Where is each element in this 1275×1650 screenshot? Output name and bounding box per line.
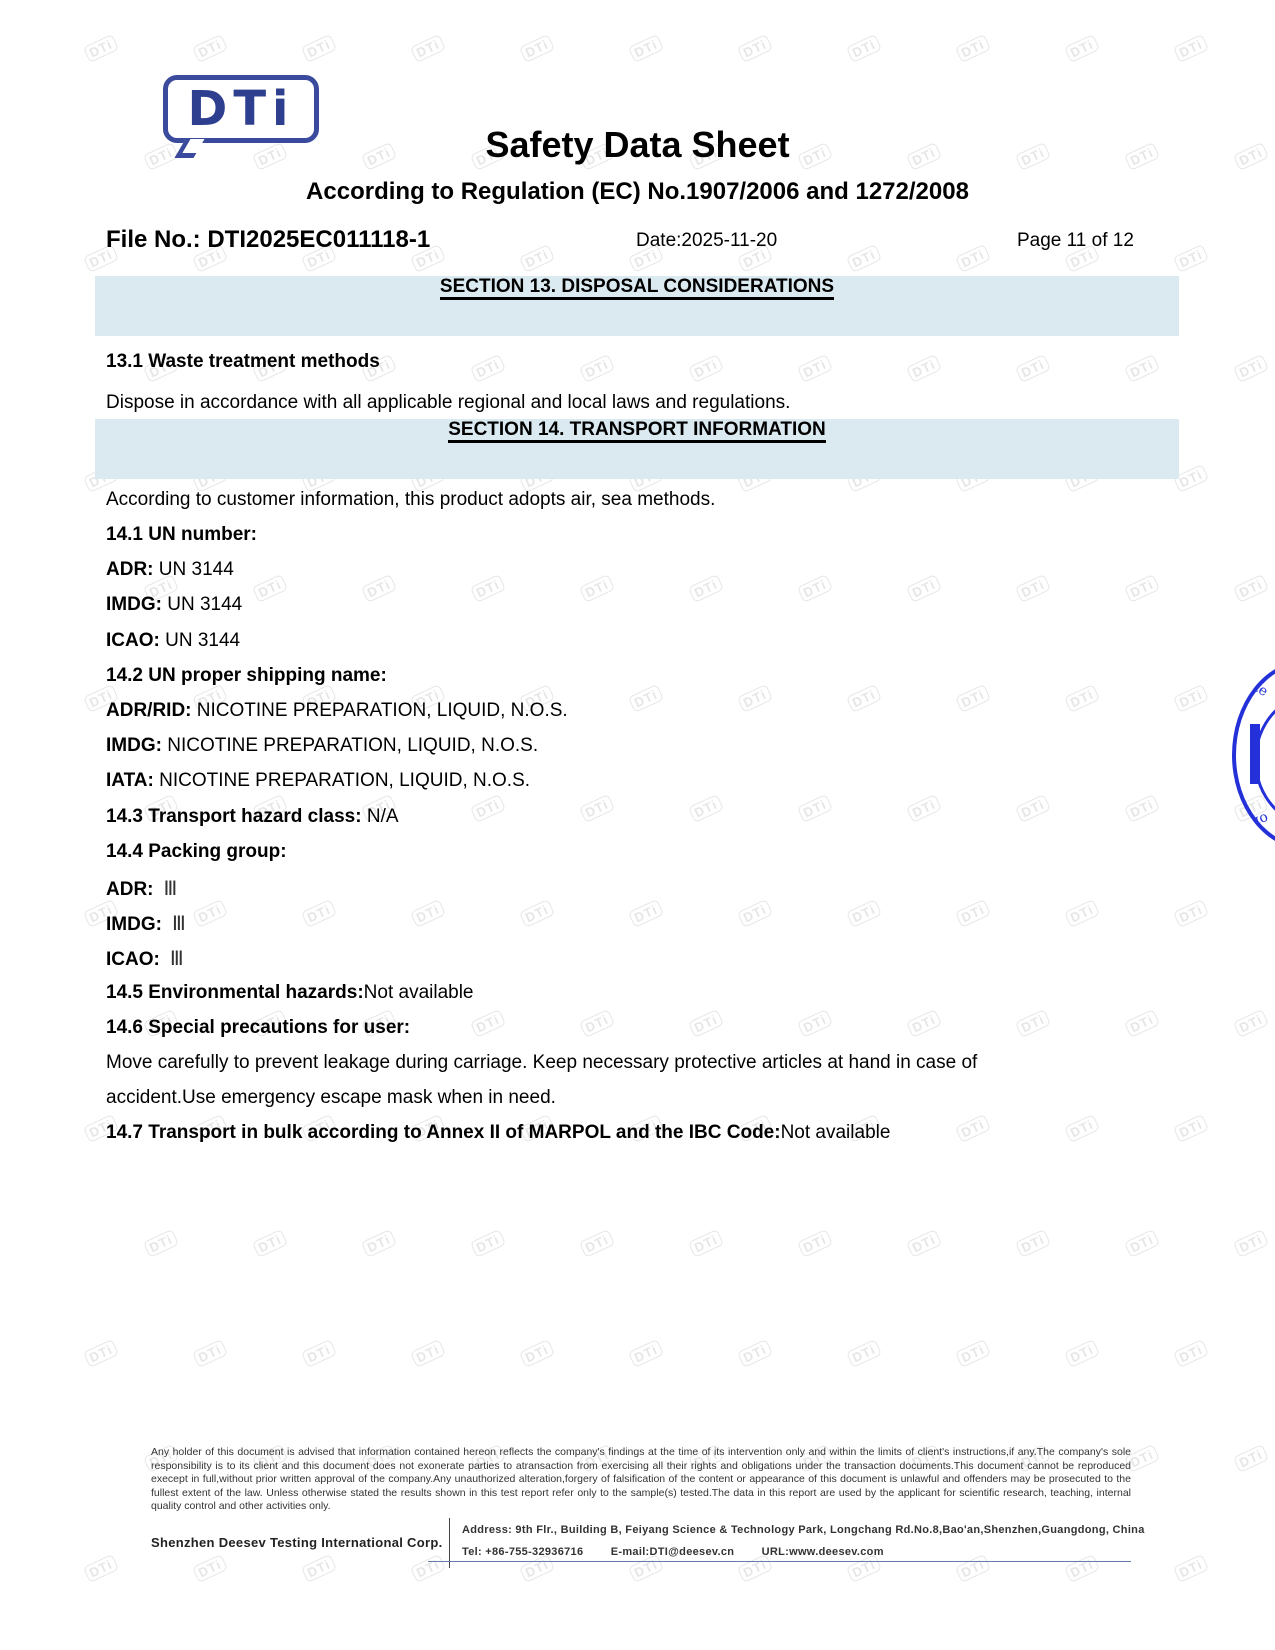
document-subtitle: According to Regulation (EC) No.1907/200… [0,178,1275,206]
watermark-logo: DTi [955,1339,991,1368]
watermark-logo: DTi [1124,574,1160,603]
watermark-logo: DTi [470,1009,506,1038]
special-precautions-line-1: Move carefully to prevent leakage during… [106,1052,977,1074]
watermark-logo: DTi [1015,574,1051,603]
watermark-logo: DTi [1233,354,1269,383]
document-title: Safety Data Sheet [0,124,1275,166]
watermark-logo: DTi [1173,1554,1209,1583]
watermark-logo: DTi [846,244,882,273]
transport-intro: According to customer information, this … [106,489,715,511]
watermark-logo: DTi [361,574,397,603]
watermark-logo: DTi [1064,1554,1100,1583]
watermark-logo: DTi [192,34,228,63]
environmental-hazards: 14.5 Environmental hazards:Not available [106,982,474,1004]
watermark-logo: DTi [797,794,833,823]
watermark-logo: DTi [519,244,555,273]
watermark-logo: DTi [1173,244,1209,273]
un-number-imdg: IMDG: UN 3144 [106,594,242,616]
watermark-logo: DTi [737,1554,773,1583]
watermark-logo: DTi [737,34,773,63]
watermark-logo: DTi [1064,684,1100,713]
watermark-logo: DTi [955,1114,991,1143]
watermark-logo: DTi [410,899,446,928]
un-number-adr: ADR: UN 3144 [106,559,234,581]
packing-group-icao: ICAO:Ⅲ [106,946,184,971]
watermark-logo: DTi [301,1554,337,1583]
watermark-logo: DTi [579,794,615,823]
packing-group-imdg: IMDG:Ⅲ [106,911,186,936]
file-number: File No.: DTI2025EC011118-1 [106,226,430,254]
watermark-logo: DTi [955,244,991,273]
watermark-logo: DTi [628,899,664,928]
seal-emblem [1250,724,1260,784]
company-email[interactable]: E-mail:DTI@deesev.cn [611,1546,735,1558]
watermark-logo: DTi [955,899,991,928]
company-phone: Tel: +86-755-32936716 [462,1546,583,1558]
watermark-logo: DTi [628,684,664,713]
watermark-logo: DTi [470,354,506,383]
watermark-logo: DTi [1173,1114,1209,1143]
watermark-logo: DTi [519,34,555,63]
watermark-logo: DTi [1064,1339,1100,1368]
footer-divider-horizontal [428,1561,1131,1562]
waste-treatment-text: Dispose in accordance with all applicabl… [106,392,790,414]
watermark-logo: DTi [688,794,724,823]
company-name: Shenzhen Deesev Testing International Co… [151,1535,443,1550]
packing-group-heading: 14.4 Packing group: [106,841,287,863]
watermark-logo: DTi [906,794,942,823]
watermark-logo: DTi [192,1339,228,1368]
watermark-logo: DTi [1124,1229,1160,1258]
watermark-logo: DTi [1124,354,1160,383]
watermark-logo: DTi [301,1339,337,1368]
watermark-logo: DTi [192,1554,228,1583]
watermark-logo: DTi [579,1229,615,1258]
watermark-logo: DTi [519,1339,555,1368]
watermark-logo: DTi [579,1009,615,1038]
watermark-logo: DTi [252,1229,288,1258]
watermark-logo: DTi [1064,34,1100,63]
watermark-logo: DTi [83,34,119,63]
watermark-logo: DTi [470,574,506,603]
watermark-logo: DTi [688,574,724,603]
transport-hazard-class: 14.3 Transport hazard class: N/A [106,806,399,828]
watermark-logo: DTi [737,684,773,713]
shipping-name-heading: 14.2 UN proper shipping name: [106,665,387,687]
un-number-icao: ICAO: UN 3144 [106,630,240,652]
watermark-logo: DTi [1015,794,1051,823]
watermark-logo: DTi [797,1229,833,1258]
watermark-logo: DTi [1233,574,1269,603]
watermark-logo: DTi [628,1554,664,1583]
watermark-logo: DTi [579,354,615,383]
company-url[interactable]: URL:www.deesev.com [762,1546,884,1558]
shipping-name-iata: IATA: NICOTINE PREPARATION, LIQUID, N.O.… [106,770,530,792]
watermark-logo: DTi [846,684,882,713]
watermark-logo: DTi [1064,899,1100,928]
watermark-logo: DTi [410,34,446,63]
watermark-logo: DTi [688,1009,724,1038]
watermark-logo: DTi [1124,1009,1160,1038]
watermark-logo: DTi [579,574,615,603]
section-14-title: SECTION 14. TRANSPORT INFORMATION [95,419,1179,441]
watermark-logo: DTi [737,1339,773,1368]
watermark-logo: DTi [252,574,288,603]
watermark-logo: DTi [1173,684,1209,713]
watermark-logo: DTi [1233,1229,1269,1258]
watermark-logo: DTi [797,1009,833,1038]
watermark-logo: DTi [1173,899,1209,928]
watermark-logo: DTi [83,1554,119,1583]
watermark-logo: DTi [361,1229,397,1258]
watermark-logo: DTi [1173,1339,1209,1368]
un-number-heading: 14.1 UN number: [106,524,257,546]
page-number: Page 11 of 12 [1017,230,1134,252]
company-contact: Tel: +86-755-32936716 E-mail:DTI@deesev.… [462,1546,908,1558]
packing-group-adr: ADR:Ⅲ [106,876,177,901]
watermark-logo: DTi [628,34,664,63]
watermark-logo: DTi [143,1229,179,1258]
special-precautions-line-2: accident.Use emergency escape mask when … [106,1087,556,1109]
watermark-logo: DTi [906,574,942,603]
legal-disclaimer: Any holder of this document is advised t… [151,1446,1131,1514]
watermark-logo: DTi [737,899,773,928]
watermark-logo: DTi [1015,1229,1051,1258]
watermark-logo: DTi [192,899,228,928]
watermark-logo: DTi [410,1554,446,1583]
watermark-logo: DTi [1015,354,1051,383]
watermark-logo: DTi [470,794,506,823]
watermark-logo: DTi [797,354,833,383]
watermark-logo: DTi [846,899,882,928]
watermark-logo: DTi [688,354,724,383]
shipping-name-imdg: IMDG: NICOTINE PREPARATION, LIQUID, N.O.… [106,735,538,757]
watermark-logo: DTi [955,1554,991,1583]
watermark-logo: DTi [410,1339,446,1368]
watermark-logo: DTi [906,1009,942,1038]
watermark-logo: DTi [1233,1009,1269,1038]
watermark-logo: DTi [1173,34,1209,63]
watermark-logo: DTi [906,354,942,383]
seal-text-top: Inte [1238,672,1271,700]
watermark-logo: DTi [519,899,555,928]
waste-treatment-heading: 13.1 Waste treatment methods [106,351,380,373]
watermark-logo: DTi [955,684,991,713]
watermark-logo: DTi [519,1554,555,1583]
watermark-logo: DTi [83,1339,119,1368]
watermark-logo: DTi [906,1229,942,1258]
seal-text-bottom: orp. [1238,810,1270,835]
watermark-logo: DTi [301,899,337,928]
shipping-name-adr-rid: ADR/RID: NICOTINE PREPARATION, LIQUID, N… [106,700,568,722]
company-seal-stamp: Inte orp. [1232,660,1275,850]
company-address: Address: 9th Flr., Building B, Feiyang S… [462,1524,1145,1536]
document-date: Date:2025-11-20 [636,230,777,252]
watermark-logo: DTi [301,34,337,63]
watermark-logo: DTi [846,1554,882,1583]
watermark-logo: DTi [1064,1114,1100,1143]
watermark-logo: DTi [628,1339,664,1368]
section-13-title: SECTION 13. DISPOSAL CONSIDERATIONS [95,276,1179,298]
watermark-logo: DTi [1015,1009,1051,1038]
special-precautions-heading: 14.6 Special precautions for user: [106,1017,410,1039]
watermark-logo: DTi [846,34,882,63]
watermark-logo: DTi [1124,794,1160,823]
bulk-transport: 14.7 Transport in bulk according to Anne… [106,1122,890,1144]
watermark-logo: DTi [470,1229,506,1258]
watermark-logo: DTi [688,1229,724,1258]
watermark-logo: DTi [846,1339,882,1368]
watermark-logo: DTi [1233,1444,1269,1473]
watermark-logo: DTi [955,34,991,63]
watermark-logo: DTi [797,574,833,603]
